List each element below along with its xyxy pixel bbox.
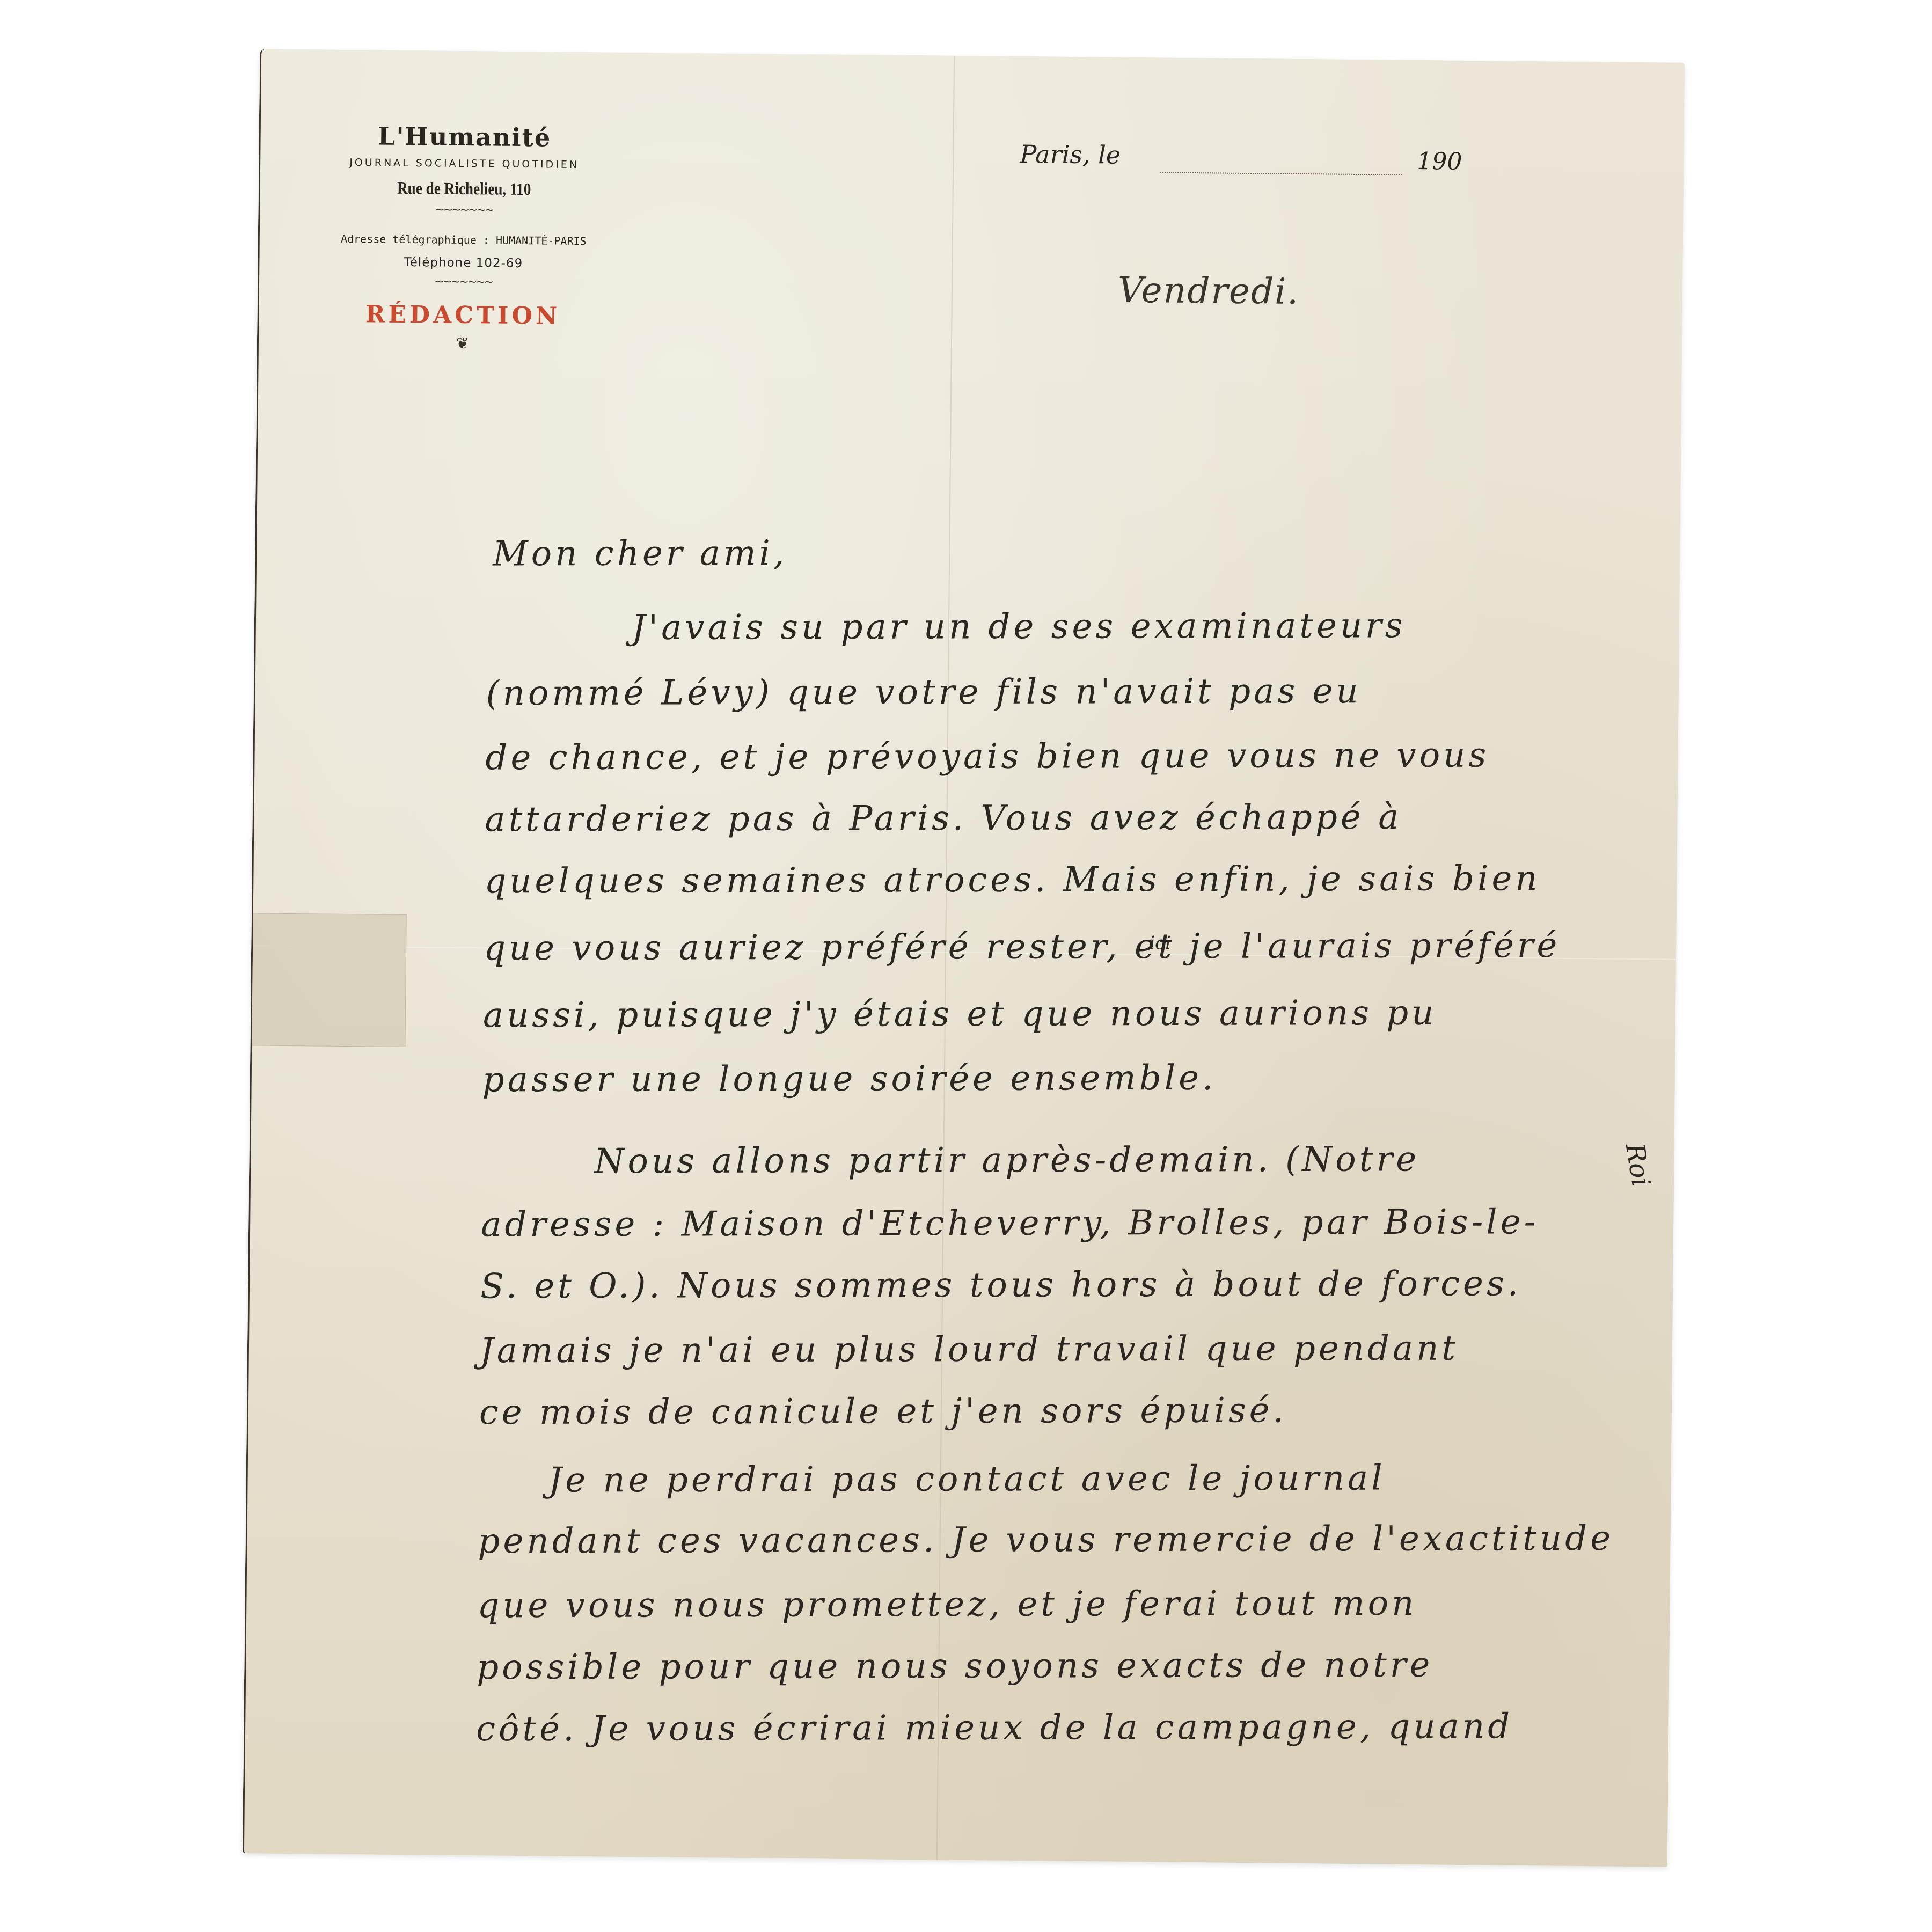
ornament-icon: ❦ [318, 332, 608, 356]
letterhead: L'Humanité JOURNAL SOCIALISTE QUOTIDIEN … [318, 119, 610, 356]
letter-line: (nommé Lévy) que votre fils n'avait pas … [486, 671, 1362, 713]
letter-line: que vous nous promettez, et je ferai tou… [477, 1584, 1417, 1626]
letter-line: Jamais je n'ai eu plus lourd travail que… [480, 1329, 1459, 1371]
department-heading: RÉDACTION [318, 296, 608, 334]
letter-line: Nous allons partir après-demain. (Notre [594, 1139, 1419, 1181]
letter-line: possible pour que nous soyons exacts de … [477, 1645, 1433, 1688]
letter-line: de chance, et je prévoyais bien que vous… [485, 736, 1489, 778]
letter-line: Je ne perdrai pas contact avec le journa… [548, 1459, 1386, 1501]
letter-line: ce mois de canicule et j'en sors épuisé. [479, 1391, 1287, 1432]
letter-line: S. et O.). Nous sommes tous hors à bout … [480, 1264, 1521, 1306]
letter-line: passer une longue soirée ensemble. [482, 1058, 1217, 1100]
weekday: Vendredi. [1118, 269, 1300, 312]
salutation: Mon cher ami, [493, 533, 787, 574]
letter-line: que vous auriez préféré rester, et je l'… [484, 926, 1560, 968]
divider-squiggle: ~~~~~~~ [319, 201, 609, 219]
letter-line: quelques semaines atroces. Mais enfin, j… [484, 859, 1540, 901]
newspaper-title: L'Humanité [319, 119, 610, 154]
letter-line: aussi, puisque j'y étais et que nous aur… [483, 993, 1437, 1036]
telephone-number: Téléphone 102-69 [318, 250, 608, 275]
date-year-prefix: 190 [1417, 148, 1462, 175]
letter-line: attarderiez pas à Paris. Vous avez échap… [485, 797, 1402, 839]
divider-squiggle: ~~~~~~~ [318, 273, 608, 291]
date-prefix: Paris, le [1020, 140, 1121, 170]
letter-sheet: L'Humanité JOURNAL SOCIALISTE QUOTIDIEN … [243, 49, 1685, 1867]
tape-strip [252, 913, 406, 1047]
date-blank-line [1160, 172, 1402, 175]
dateline: Paris, le 190 [1020, 140, 1476, 181]
newspaper-subtitle: JOURNAL SOCIALISTE QUOTIDIEN [319, 151, 609, 175]
letter-line: côté. Je vous écrirai mieux de la campag… [476, 1707, 1513, 1749]
letter-line: J'avais su par un de ses examinateurs [632, 606, 1406, 648]
letter-line: adresse : Maison d'Etcheverry, Brolles, … [481, 1202, 1539, 1245]
letter-line: pendant ces vacances. Je vous remercie d… [478, 1519, 1614, 1562]
telegraph-address: Adresse télégraphique : HUMANITÉ-PARIS [319, 226, 609, 253]
margin-note: Roi [1620, 1141, 1656, 1188]
newspaper-address: Rue de Richelieu, 110 [341, 173, 587, 203]
